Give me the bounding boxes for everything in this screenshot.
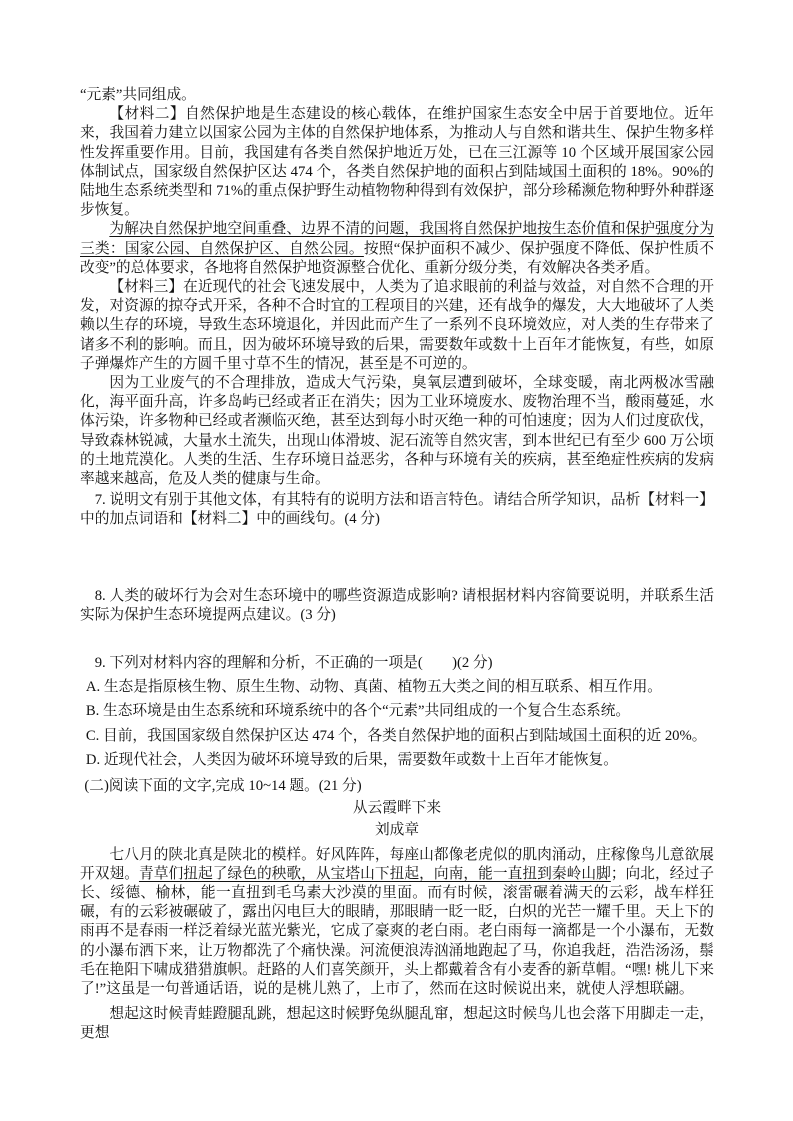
question-9: 9. 下列对材料内容的理解和分析，不正确的一项是( )(2 分) bbox=[80, 654, 714, 673]
question-8: 8. 人类的破坏行为会对生态环境中的哪些资源造成影响? 请根据材料内容简要说明，… bbox=[80, 587, 714, 625]
section-2-heading-text: (二)阅读下面的文字,完成 10~14 题。(21 分) bbox=[84, 778, 361, 794]
passage-title: 从云霞畔下来 bbox=[80, 799, 714, 818]
passage-paragraph-2: 想起这时候青蛙蹬腿乱跳，想起这时候野兔纵腿乱窜，想起这时候鸟儿也会落下用脚走一走… bbox=[80, 1005, 714, 1043]
question-9-option-d-text: D. 近现代社会，人类因为破坏环境导致的后果，需要数年或数十上百年才能恢复。 bbox=[86, 752, 618, 768]
passage-paragraph-1: 七八月的陕北真是陕北的模样。好风阵阵，每座山都像老虎似的肌肉涌动，庄稼像鸟儿意欲… bbox=[80, 846, 714, 1000]
passage-paragraph-1-underlined-text: 青草们扭起了绿色的秧歌，从宝塔山下扭起，向南，能一直扭到秦岭山脚 bbox=[139, 866, 611, 882]
passage-paragraph-1-text: ；向北，经过子长、绥德、榆林，能一直扭到毛乌素大沙漠的里面。而有时候，滚雷碾着满… bbox=[80, 866, 714, 997]
question-9-option-a-text: A. 生态是指原核生物、原生生物、动物、真菌、植物五大类之间的相互联系、相互作用… bbox=[86, 679, 662, 695]
paragraph-material-3: 【材料三】在近现代的社会飞速发展中，人类为了追求眼前的利益与效益，对自然不合理的… bbox=[80, 278, 714, 374]
question-9-option-d: D. 近现代社会，人类因为破坏环境导致的后果，需要数年或数十上百年才能恢复。 bbox=[80, 748, 714, 772]
paragraph-material-3-pollution-text: 因为工业废气的不合理排放，造成大气污染，臭氧层遭到破坏，全球变暖，南北两极冰雪融… bbox=[80, 375, 714, 487]
question-9-option-c: C. 目前，我国国家级自然保护区达 474 个，各类自然保护地的面积占到陆域国土… bbox=[80, 724, 714, 748]
paragraph-material-2-text: 【材料二】自然保护地是生态建设的核心载体，在维护国家生态安全中居于首要地位。近年… bbox=[80, 106, 714, 218]
question-8-text: 8. 人类的破坏行为会对生态环境中的哪些资源造成影响? 请根据材料内容简要说明，… bbox=[80, 588, 714, 623]
passage-title-text: 从云霞畔下来 bbox=[353, 800, 441, 816]
question-7: 7. 说明文有别于其他文体，有其特有的说明方法和语言特色。请结合所学知识，品析【… bbox=[80, 491, 714, 529]
question-9-option-a: A. 生态是指原核生物、原生生物、动物、真菌、植物五大类之间的相互联系、相互作用… bbox=[80, 675, 714, 699]
passage-author-text: 刘成章 bbox=[375, 822, 419, 838]
paragraph-element-continuation: “元素”共同组成。 bbox=[80, 86, 714, 105]
question-9-option-b-text: B. 生态环境是由生态系统和环境系统中的各个“元素”共同组成的一个复合生态系统。 bbox=[86, 703, 630, 719]
question-7-text: 7. 说明文有别于其他文体，有其特有的说明方法和语言特色。请结合所学知识，品析【… bbox=[80, 492, 714, 527]
passage-author: 刘成章 bbox=[80, 821, 714, 840]
question-9-option-b: B. 生态环境是由生态系统和环境系统中的各个“元素”共同组成的一个复合生态系统。 bbox=[80, 699, 714, 723]
paragraph-material-2-underlined-sentence: 为解决自然保护地空间重叠、边界不清的问题，我国将自然保护地按生态价值和保护强度分… bbox=[80, 220, 714, 278]
paragraph-element-continuation-text: “元素”共同组成。 bbox=[80, 87, 196, 103]
question-9-option-c-text: C. 目前，我国国家级自然保护区达 474 个，各类自然保护地的面积占到陆域国土… bbox=[86, 728, 707, 744]
paragraph-material-2: 【材料二】自然保护地是生态建设的核心载体，在维护国家生态安全中居于首要地位。近年… bbox=[80, 105, 714, 220]
paragraph-material-3-text: 【材料三】在近现代的社会飞速发展中，人类为了追求眼前的利益与效益，对自然不合理的… bbox=[80, 279, 714, 372]
document-page: “元素”共同组成。【材料二】自然保护地是生态建设的核心载体，在维护国家生态安全中… bbox=[0, 0, 793, 1121]
section-2-heading: (二)阅读下面的文字,完成 10~14 题。(21 分) bbox=[80, 775, 714, 797]
question-9-text: 9. 下列对材料内容的理解和分析，不正确的一项是( )(2 分) bbox=[95, 655, 493, 671]
document-content: “元素”共同组成。【材料二】自然保护地是生态建设的核心载体，在维护国家生态安全中… bbox=[80, 86, 714, 1044]
passage-paragraph-2-text: 想起这时候青蛙蹬腿乱跳，想起这时候野兔纵腿乱窜，想起这时候鸟儿也会落下用脚走一走… bbox=[80, 1006, 714, 1041]
paragraph-material-3-pollution: 因为工业废气的不合理排放，造成大气污染，臭氧层遭到破坏，全球变暖，南北两极冰雪融… bbox=[80, 374, 714, 489]
